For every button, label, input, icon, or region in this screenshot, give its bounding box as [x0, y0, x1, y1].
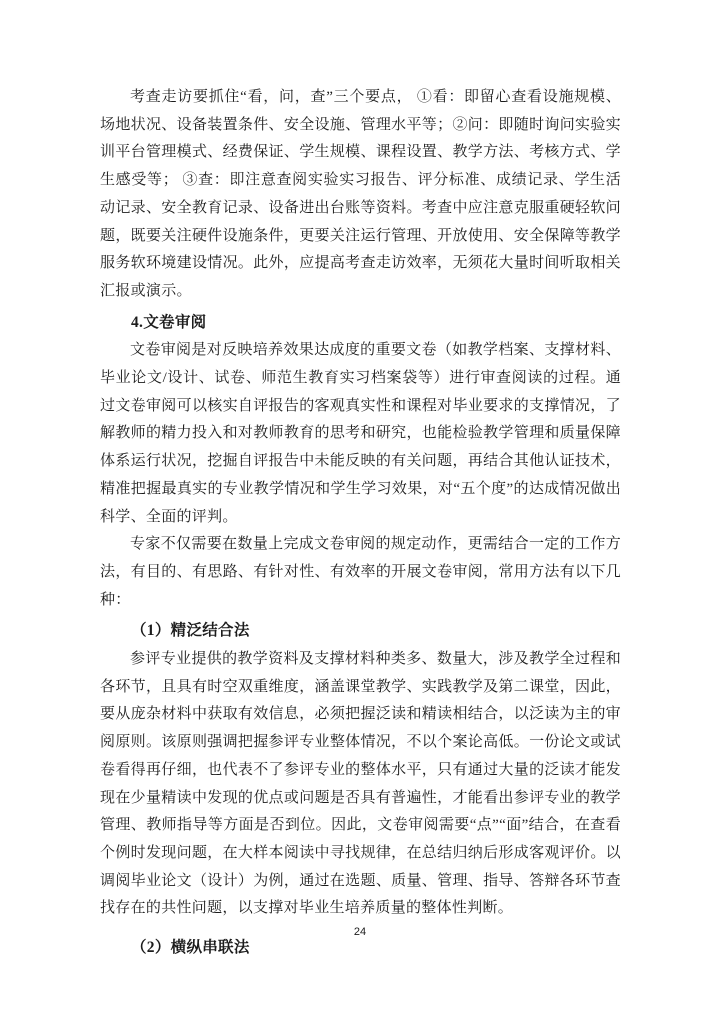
section-heading: 4.文卷审阅 — [100, 309, 621, 337]
body-paragraph: 文卷审阅是对反映培养效果达成度的重要文卷（如教学档案、支撑材料、毕业论文/设计、… — [100, 337, 621, 531]
body-paragraph: 专家不仅需要在数量上完成文卷审阅的规定动作，更需结合一定的工作方法，有目的、有思… — [100, 531, 621, 614]
section-heading: （2）横纵串联法 — [100, 934, 621, 962]
body-paragraph: 参评专业提供的教学资料及支撑材料种类多、数量大，涉及教学全过程和各环节，且具有时… — [100, 646, 621, 923]
document-page: 考查走访要抓住“看，问，查”三个要点， ①看：即留心查看设施规模、场地状况、设备… — [0, 0, 720, 1018]
page-number: 24 — [0, 926, 720, 938]
section-heading: （1）精泛结合法 — [100, 617, 621, 645]
document-content: 考查走访要抓住“看，问，查”三个要点， ①看：即留心查看设施规模、场地状况、设备… — [100, 84, 621, 963]
body-paragraph: 考查走访要抓住“看，问，查”三个要点， ①看：即留心查看设施规模、场地状况、设备… — [100, 84, 621, 306]
